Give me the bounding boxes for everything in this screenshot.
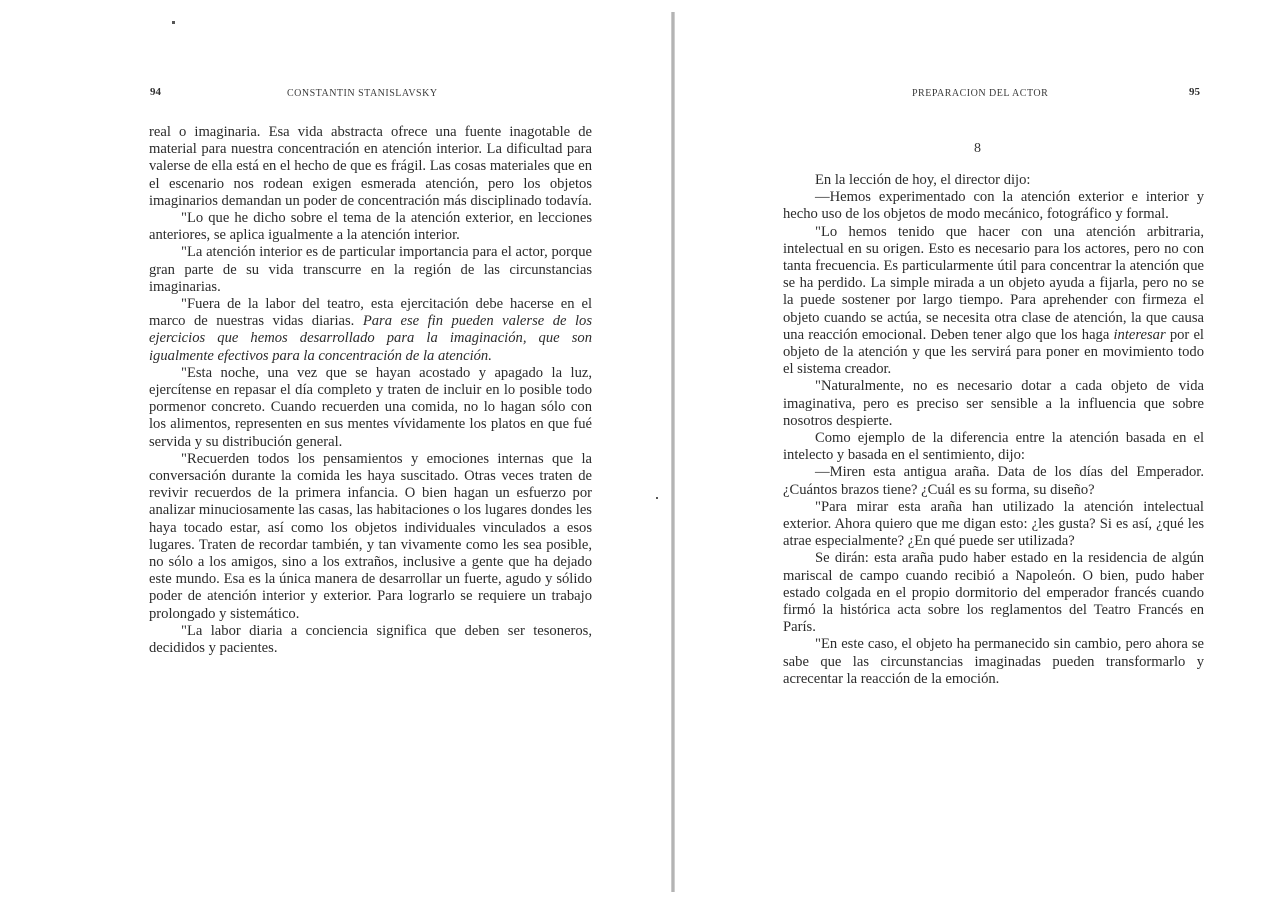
page-number: 95 [1189,86,1200,98]
paragraph: "Lo hemos tenido que hacer con una atenc… [783,224,1204,379]
paragraph: "Naturalmente, no es necesario dotar a c… [783,378,1204,430]
paragraph: "Lo que he dicho sobre el tema de la ate… [149,210,592,244]
body-text: real o imaginaria. Esa vida abstracta of… [149,124,592,657]
paragraph: Se dirán: esta araña pudo haber estado e… [783,550,1204,636]
scan-speck [172,21,175,24]
paragraph: "En este caso, el objeto ha permanecido … [783,636,1204,688]
paragraph: En la lección de hoy, el director dijo: [783,172,1204,189]
text-segment: "La labor diaria a conciencia significa … [149,623,592,656]
paragraph: Como ejemplo de la diferencia entre la a… [783,430,1204,464]
running-header: CONSTANTIN STANISLAVSKY [287,88,438,99]
left-page: 94 CONSTANTIN STANISLAVSKY real o imagin… [0,0,660,906]
book-gutter [671,12,675,892]
paragraph: "Fuera de la labor del teatro, esta ejer… [149,296,592,365]
text-segment: En la lección de hoy, el director dijo: [815,172,1030,188]
text-segment: —Hemos experimentado con la atención ext… [783,189,1204,222]
paragraph: "Para mirar esta araña han utilizado la … [783,499,1204,551]
text-segment: "Recuerden todos los pensamientos y emoc… [149,451,592,622]
text-segment: "Naturalmente, no es necesario dotar a c… [783,378,1204,428]
text-segment: "En este caso, el objeto ha permanecido … [783,636,1204,686]
text-segment: "Lo que he dicho sobre el tema de la ate… [149,210,592,243]
paragraph: "Esta noche, una vez que se hayan acosta… [149,365,592,451]
paragraph: "Recuerden todos los pensamientos y emoc… [149,451,592,623]
text-segment: Se dirán: esta araña pudo haber estado e… [783,550,1204,635]
body-text: En la lección de hoy, el director dijo:—… [783,172,1204,688]
text-segment: "La atención interior es de particular i… [149,244,592,294]
italic-text: interesar [1114,327,1166,343]
paragraph: —Hemos experimentado con la atención ext… [783,189,1204,223]
paragraph: —Miren esta antigua araña. Data de los d… [783,464,1204,498]
text-segment: "Esta noche, una vez que se hayan acosta… [149,365,592,450]
paragraph: real o imaginaria. Esa vida abstracta of… [149,124,592,210]
text-segment: real o imaginaria. Esa vida abstracta of… [149,124,592,209]
right-page: PREPARACION DEL ACTOR 95 8 En la lección… [676,0,1280,906]
text-segment: Como ejemplo de la diferencia entre la a… [783,430,1204,463]
text-segment: —Miren esta antigua araña. Data de los d… [783,464,1204,497]
page-number: 94 [150,86,161,98]
paragraph: "La labor diaria a conciencia significa … [149,623,592,657]
chapter-number: 8 [974,141,981,157]
text-segment: "Lo hemos tenido que hacer con una atenc… [783,224,1204,343]
paragraph: "La atención interior es de particular i… [149,244,592,296]
scan-speck [656,497,658,499]
text-segment: "Para mirar esta araña han utilizado la … [783,499,1204,549]
running-header: PREPARACION DEL ACTOR [912,88,1048,99]
